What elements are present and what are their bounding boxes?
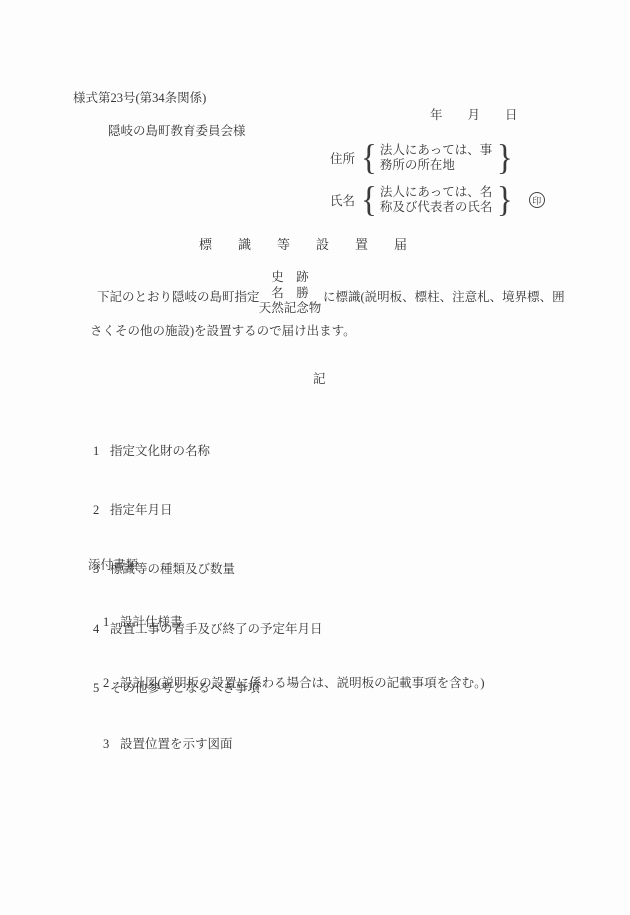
name-block: 氏名 { 法人にあっては、名 称及び代表者の氏名 } 印 bbox=[330, 183, 545, 217]
seal-label: 印 bbox=[532, 194, 541, 207]
record-item-number: 2 bbox=[93, 501, 110, 521]
name-note: 法人にあっては、名 称及び代表者の氏名 bbox=[377, 185, 497, 215]
name-note-line1: 法人にあっては、名 bbox=[380, 185, 494, 200]
form-number: 様式第23号(第34条関係) bbox=[73, 88, 206, 106]
attachment-item-text: 設計図(説明板の設置に係わる場合は、説明板の記載事項を含む。) bbox=[120, 673, 485, 693]
address-note-line2: 務所の所在地 bbox=[380, 158, 494, 173]
body-line1-left: 下記のとおり隠岐の島町指定 bbox=[97, 287, 260, 305]
attachment-item-text: 設置位置を示す図面 bbox=[120, 734, 233, 754]
attachment-item-number: 3 bbox=[103, 734, 120, 754]
record-item: 2 指定年月日 bbox=[93, 501, 323, 521]
attachment-items: 1 設計仕様書 2 設計図(説明板の設置に係わる場合は、説明板の記載事項を含む。… bbox=[103, 572, 485, 794]
form-page: 様式第23号(第34条関係) 年 月 日 隠岐の島町教育委員会様 住所 { 法人… bbox=[0, 0, 630, 915]
body-line2: さくその他の施設)を設置するので届け出ます。 bbox=[90, 321, 356, 339]
addressee: 隠岐の島町教育委員会様 bbox=[108, 121, 246, 139]
record-item-text: 指定年月日 bbox=[110, 501, 173, 521]
attachment-item-number: 2 bbox=[103, 673, 120, 693]
brace-close-icon: } bbox=[497, 140, 513, 177]
body-line1-right: に標識(説明板、標柱、注意札、境界標、囲 bbox=[323, 287, 565, 305]
address-note-line1: 法人にあっては、事 bbox=[380, 143, 494, 158]
date-line: 年 月 日 bbox=[430, 105, 518, 123]
designation-option-scenic-spot: 名 勝 bbox=[250, 286, 330, 302]
brace-open-icon: { bbox=[361, 182, 377, 219]
address-block: 住所 { 法人にあっては、事 務所の所在地 } bbox=[330, 141, 513, 175]
address-note: 法人にあっては、事 務所の所在地 bbox=[377, 143, 497, 173]
attachment-item: 2 設計図(説明板の設置に係わる場合は、説明板の記載事項を含む。) bbox=[103, 673, 485, 693]
attachments-heading: 添付書類 bbox=[88, 555, 138, 573]
record-item-number: 1 bbox=[93, 442, 110, 462]
form-title: 標 識 等 設 置 届 bbox=[0, 234, 606, 253]
record-heading: 記 bbox=[313, 369, 326, 387]
attachment-item-text: 設計仕様書 bbox=[120, 612, 183, 632]
designation-option-historic-site: 史 跡 bbox=[250, 270, 330, 286]
name-note-line2: 称及び代表者の氏名 bbox=[380, 200, 494, 215]
seal-mark-icon: 印 bbox=[529, 192, 545, 208]
record-item: 1 指定文化財の名称 bbox=[93, 442, 323, 462]
name-label: 氏名 bbox=[330, 191, 355, 209]
designation-options: 史 跡 名 勝 天然記念物 bbox=[250, 270, 330, 317]
brace-close-icon: } bbox=[497, 182, 513, 219]
attachment-item-number: 1 bbox=[103, 612, 120, 632]
address-label: 住所 bbox=[330, 149, 355, 167]
record-item-text: 指定文化財の名称 bbox=[110, 442, 210, 462]
designation-option-natural-monument: 天然記念物 bbox=[250, 301, 330, 317]
attachment-item: 1 設計仕様書 bbox=[103, 612, 485, 632]
attachment-item: 3 設置位置を示す図面 bbox=[103, 734, 485, 754]
brace-open-icon: { bbox=[361, 140, 377, 177]
